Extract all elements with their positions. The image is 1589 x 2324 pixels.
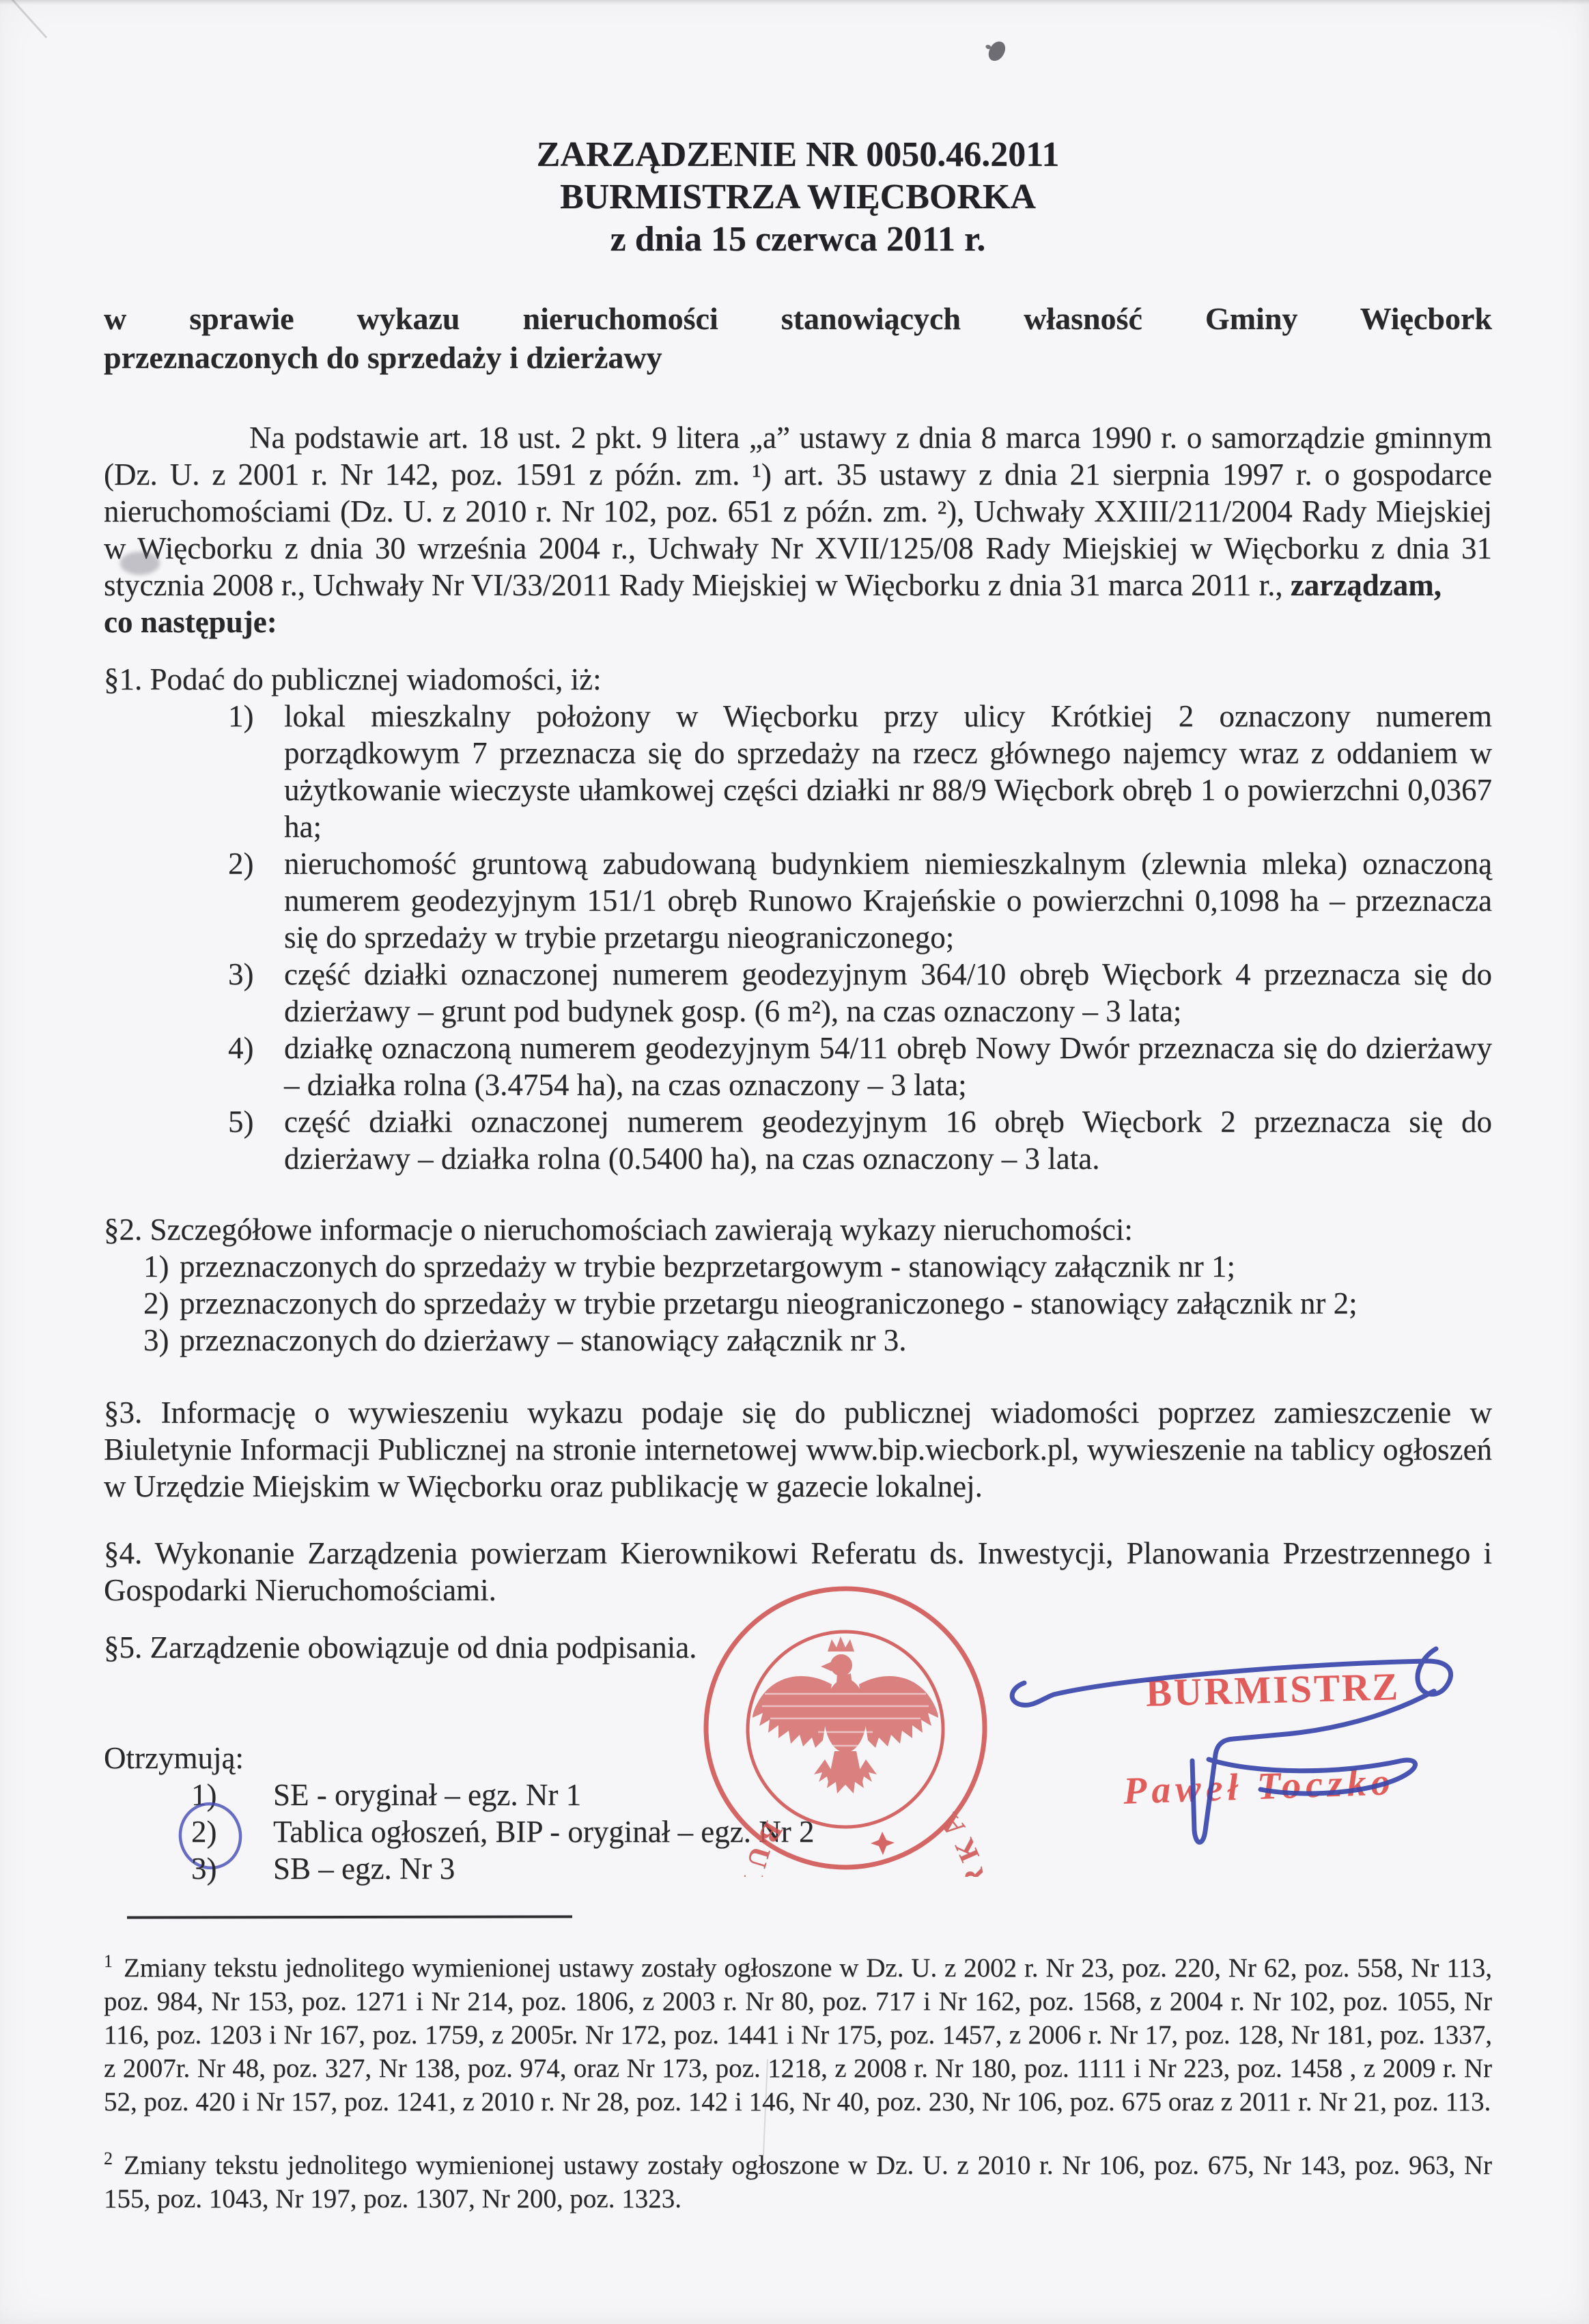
- subject-paragraph: w sprawie wykazu nieruchomości stanowiąc…: [104, 299, 1492, 377]
- footnote-text: Zmiany tekstu jednolitego wymienionej us…: [104, 2151, 1492, 2213]
- footnote-text: Zmiany tekstu jednolitego wymienionej us…: [104, 1953, 1492, 2116]
- item-number: 1): [228, 698, 284, 845]
- eagle-emblem: [753, 1636, 938, 1794]
- scanned-ordinance-page: ZARZĄDZENIE NR 0050.46.2011 BURMISTRZA W…: [0, 0, 1589, 2324]
- document-body: ZARZĄDZENIE NR 0050.46.2011 BURMISTRZA W…: [0, 0, 1589, 2215]
- document-date: z dnia 15 czerwca 2011 r.: [104, 218, 1492, 261]
- item-number: 1): [143, 1248, 180, 1285]
- footnote-marker: 1: [104, 1951, 113, 1971]
- footnote-2: 2Zmiany tekstu jednolitego wymienionej u…: [104, 2142, 1492, 2215]
- list-item: 3) przeznaczonych do dzierżawy – stanowi…: [143, 1322, 1492, 1359]
- item-text: nieruchomość gruntową zabudowaną budynki…: [284, 845, 1492, 956]
- subject-line-2: przeznaczonych do sprzedaży i dzierżawy: [104, 338, 1492, 377]
- item-number: 1): [191, 1776, 273, 1813]
- section-2: §2. Szczegółowe informacje o nieruchomoś…: [104, 1211, 1492, 1359]
- item-text: część działki oznaczonej numerem geodezy…: [284, 1103, 1492, 1177]
- section-3-paragraph: §3. Informację o wywieszeniu wykazu poda…: [104, 1394, 1492, 1505]
- item-text: przeznaczonych do dzierżawy – stanowiący…: [180, 1322, 1492, 1359]
- list-item: 1) przeznaczonych do sprzedaży w trybie …: [143, 1248, 1492, 1285]
- list-item: 2) przeznaczonych do sprzedaży w trybie …: [143, 1285, 1492, 1322]
- section-1: §1. Podać do publicznej wiadomości, iż: …: [104, 661, 1492, 1177]
- subject-line-1: w sprawie wykazu nieruchomości stanowiąc…: [104, 299, 1492, 338]
- legal-basis-tail: co następuje:: [104, 604, 1492, 640]
- list-item: 5) część działki oznaczonej numerem geod…: [228, 1103, 1492, 1177]
- footnote-1: 1Zmiany tekstu jednolitego wymienionej u…: [104, 1944, 1492, 2118]
- document-issuer: BURMISTRZA WIĘCBORKA: [104, 176, 1492, 218]
- list-item: 3) część działki oznaczonej numerem geod…: [228, 956, 1492, 1030]
- item-text: działkę oznaczoną numerem geodezyjnym 54…: [284, 1030, 1492, 1103]
- footnote-separator: [127, 1915, 572, 1918]
- legal-basis-emphasis: zarządzam,: [1291, 568, 1442, 602]
- legal-basis-text: Na podstawie art. 18 ust. 2 pkt. 9 liter…: [104, 421, 1492, 602]
- item-number: 2): [143, 1285, 180, 1322]
- item-number: 4): [228, 1030, 284, 1103]
- official-round-stamp: BURMISTRZ WIĘCBORKA: [701, 1583, 990, 1877]
- item-number: 2): [191, 1813, 273, 1850]
- footnote-marker: 2: [104, 2149, 113, 2168]
- item-number: 3): [143, 1322, 180, 1359]
- section-2-heading: §2. Szczegółowe informacje o nieruchomoś…: [104, 1211, 1492, 1248]
- legal-basis-paragraph: Na podstawie art. 18 ust. 2 pkt. 9 liter…: [104, 419, 1492, 604]
- item-text: lokal mieszkalny położony w Więcborku pr…: [284, 698, 1492, 845]
- section-2-list: 1) przeznaczonych do sprzedaży w trybie …: [104, 1248, 1492, 1359]
- item-text: część działki oznaczonej numerem geodezy…: [284, 956, 1492, 1030]
- document-header: ZARZĄDZENIE NR 0050.46.2011 BURMISTRZA W…: [104, 134, 1492, 261]
- document-title: ZARZĄDZENIE NR 0050.46.2011: [104, 134, 1492, 176]
- item-text: przeznaczonych do sprzedaży w trybie prz…: [180, 1285, 1492, 1322]
- item-number: 2): [228, 845, 284, 956]
- list-item: 2) nieruchomość gruntową zabudowaną budy…: [228, 845, 1492, 956]
- item-text: przeznaczonych do sprzedaży w trybie bez…: [180, 1248, 1492, 1285]
- signature-block: BURMISTRZ Paweł Toczko: [983, 1635, 1516, 1881]
- stamp-star-icon: [871, 1832, 895, 1855]
- scan-artifact-smudge: [120, 552, 160, 575]
- section-1-heading: §1. Podać do publicznej wiadomości, iż:: [104, 661, 1492, 698]
- section-1-list: 1) lokal mieszkalny położony w Więcborku…: [104, 698, 1492, 1177]
- item-number: 3): [228, 956, 284, 1030]
- handwritten-signature: [983, 1635, 1516, 1881]
- list-item: 1) lokal mieszkalny położony w Więcborku…: [228, 698, 1492, 845]
- item-number: 5): [228, 1103, 284, 1177]
- item-number: 3): [191, 1850, 273, 1887]
- list-item: 4) działkę oznaczoną numerem geodezyjnym…: [228, 1030, 1492, 1103]
